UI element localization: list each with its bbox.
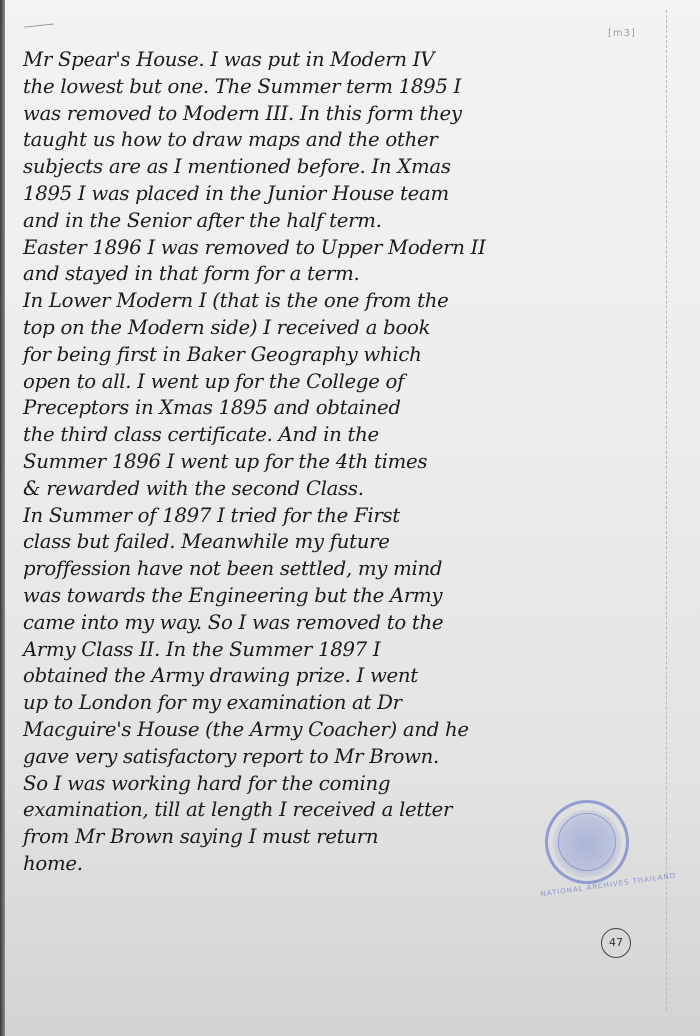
text-line: subjects are as I mentioned before. In X… [23, 153, 663, 180]
text-line: Mr Spear's House. I was put in Modern IV [23, 46, 663, 73]
archive-stamp: NATIONAL ARCHIVES THAILAND [545, 800, 629, 884]
text-line: Preceptors in Xmas 1895 and obtained [23, 394, 663, 421]
text-line: open to all. I went up for the College o… [23, 368, 663, 395]
text-line: proffession have not been settled, my mi… [23, 555, 663, 582]
text-line: & rewarded with the second Class. [23, 475, 663, 502]
text-line: was removed to Modern III. In this form … [23, 100, 663, 127]
corner-pencil-mark [24, 23, 56, 43]
text-line: So I was working hard for the coming [23, 770, 663, 797]
text-line: was towards the Engineering but the Army [23, 582, 663, 609]
text-line: Army Class II. In the Summer 1897 I [23, 636, 663, 663]
stamp-emblem-icon [558, 813, 616, 871]
text-line: and stayed in that form for a term. [23, 260, 663, 287]
text-line: and in the Senior after the half term. [23, 207, 663, 234]
text-line: In Lower Modern I (that is the one from … [23, 287, 663, 314]
text-line: for being first in Baker Geography which [23, 341, 663, 368]
text-line: gave very satisfactory report to Mr Brow… [23, 743, 663, 770]
text-line: Easter 1896 I was removed to Upper Moder… [23, 234, 663, 261]
text-line: class but failed. Meanwhile my future [23, 528, 663, 555]
page-number: 47 [601, 928, 631, 958]
text-line: Summer 1896 I went up for the 4th times [23, 448, 663, 475]
text-line: In Summer of 1897 I tried for the First [23, 502, 663, 529]
text-line: came into my way. So I was removed to th… [23, 609, 663, 636]
text-line: Macguire's House (the Army Coacher) and … [23, 716, 663, 743]
reference-mark: [m3] [608, 28, 636, 39]
text-line: top on the Modern side) I received a boo… [23, 314, 663, 341]
text-line: the third class certificate. And in the [23, 421, 663, 448]
text-line: obtained the Army drawing prize. I went [23, 662, 663, 689]
text-line: the lowest but one. The Summer term 1895… [23, 73, 663, 100]
text-line: taught us how to draw maps and the other [23, 126, 663, 153]
text-line: up to London for my examination at Dr [23, 689, 663, 716]
handwritten-text: Mr Spear's House. I was put in Modern IV… [23, 46, 673, 877]
text-line: 1895 I was placed in the Junior House te… [23, 180, 663, 207]
manuscript-page: [m3] Mr Spear's House. I was put in Mode… [5, 0, 700, 1036]
